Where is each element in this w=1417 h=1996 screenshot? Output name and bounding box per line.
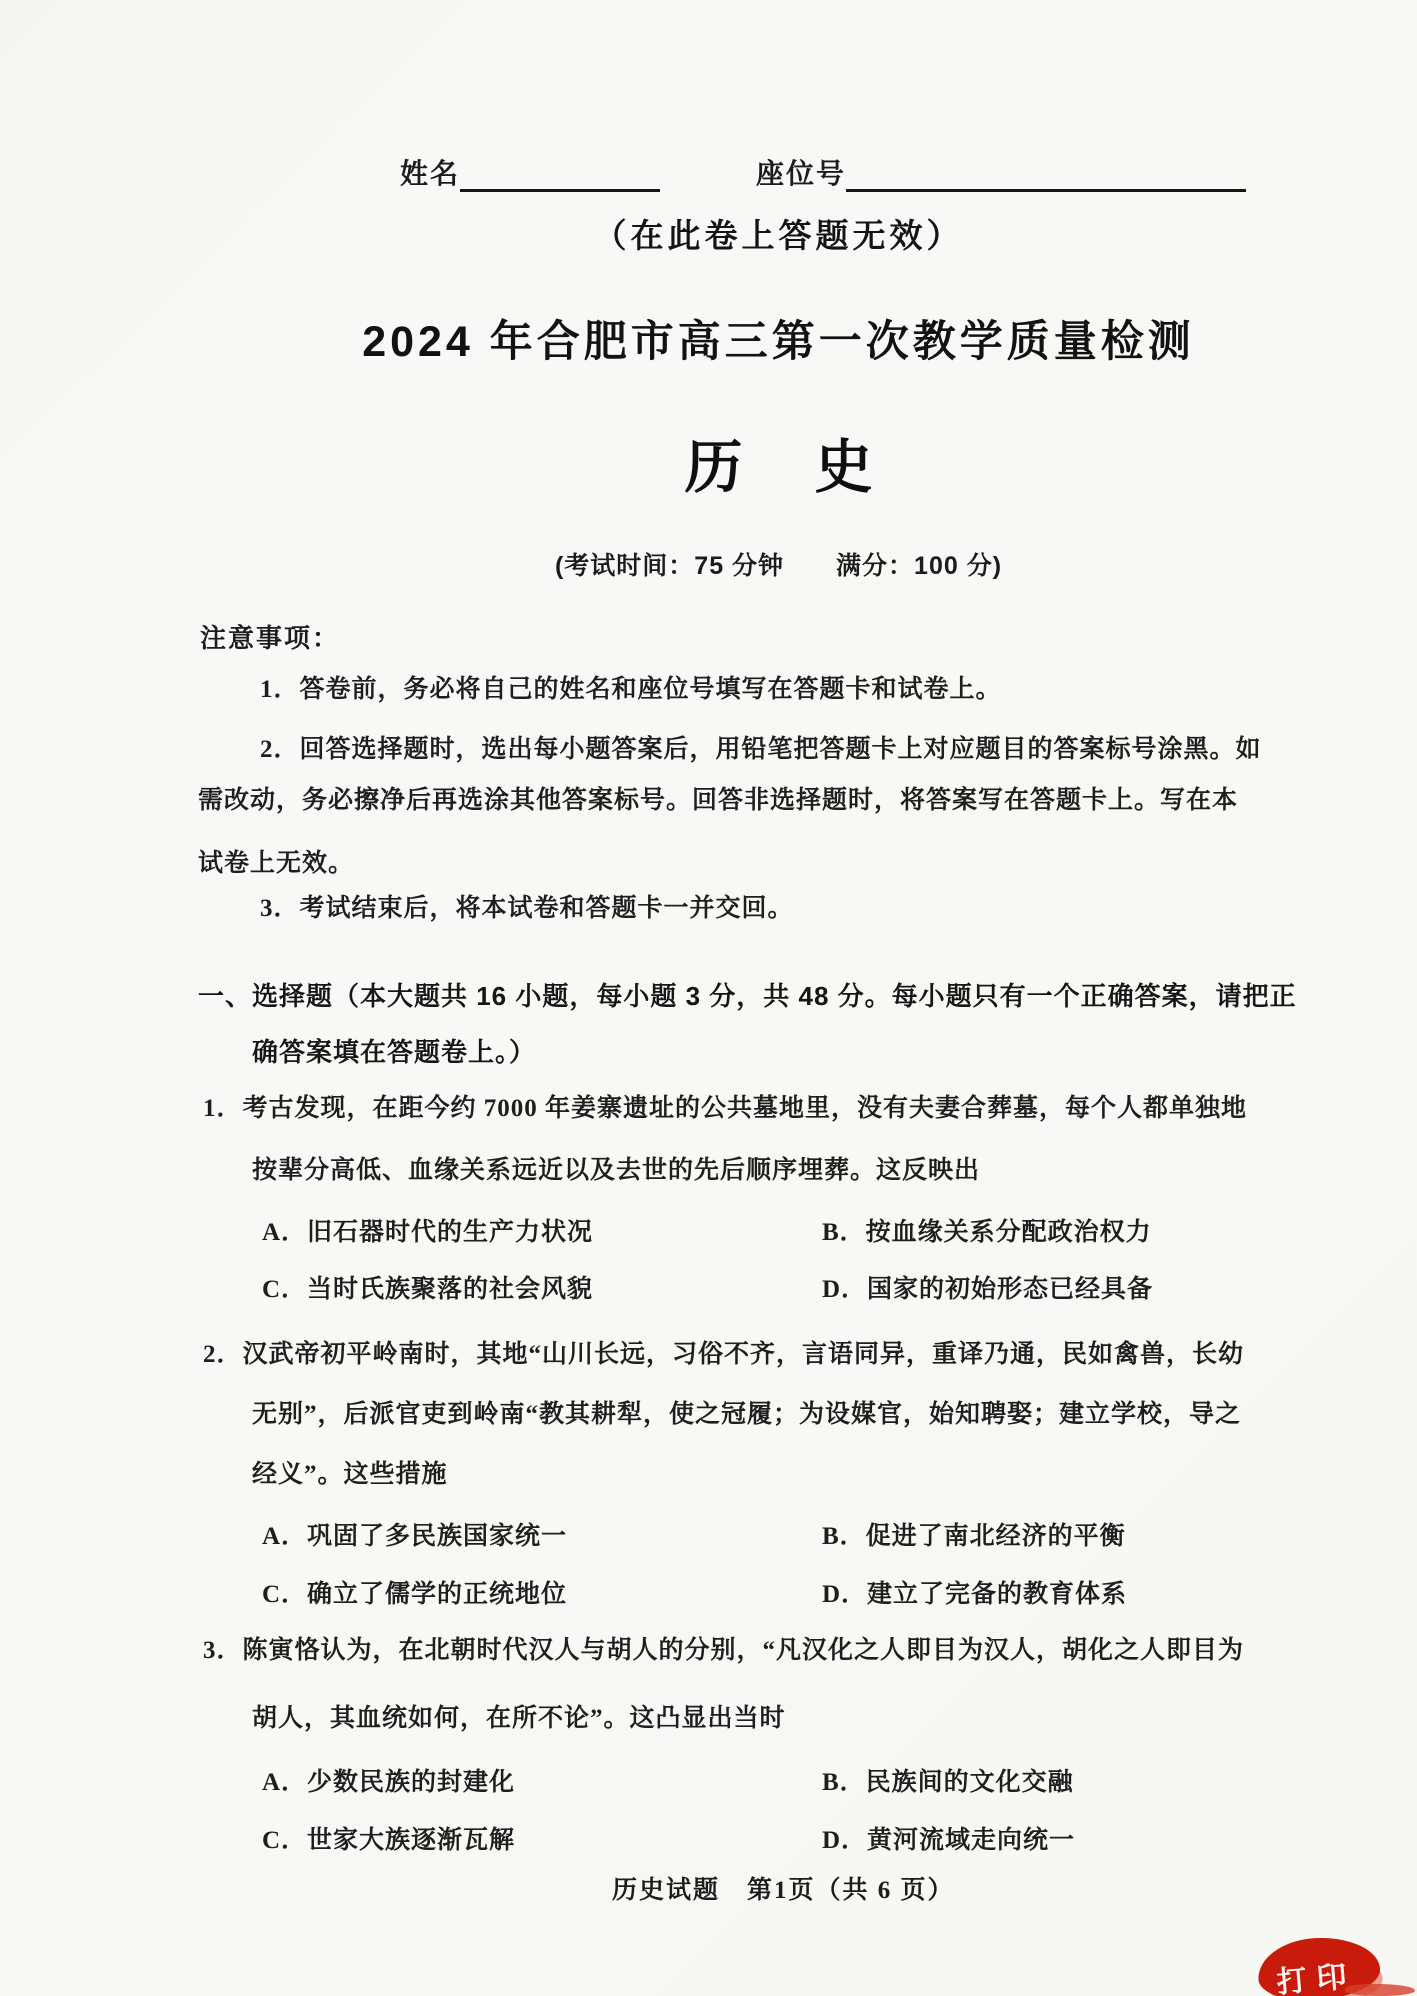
question-1-stem-line-2: 按辈分高低、血缘关系远近以及去世的先后顺序埋葬。这反映出: [252, 1150, 980, 1186]
subject-char-2: 史: [815, 435, 873, 500]
question-3-option-d: D．黄河流域走向统一: [822, 1820, 1075, 1856]
exam-info: (考试时间：75 分钟 满分：100 分): [140, 546, 1417, 582]
subject-char-1: 历: [684, 435, 742, 500]
note-item-3: 3．考试结束后，将本试卷和答题卡一并交回。: [260, 888, 794, 924]
section-heading-line-2: 确答案填在答题卷上。）: [252, 1032, 536, 1069]
name-field-row: 姓名: [400, 152, 660, 192]
print-stamp-streak: [1345, 1984, 1415, 1996]
question-2-stem-line-3: 经义”。这些措施: [252, 1454, 448, 1490]
question-1-option-d: D．国家的初始形态已经具备: [822, 1269, 1153, 1305]
question-2-stem-line-2: 无别”，后派官吏到岭南“教其耕犁，使之冠履；为设媒官，始知聘娶；建立学校，导之: [252, 1394, 1241, 1430]
seat-label: 座位号: [756, 158, 846, 189]
question-2-stem-line-1: 2．汉武帝初平岭南时，其地“山川长远，习俗不齐，言语同异，重译乃通，民如禽兽，长…: [203, 1334, 1244, 1370]
exam-paper-page: 姓名 座位号 （在此卷上答题无效） 2024 年合肥市高三第一次教学质量检测 历…: [0, 0, 1417, 1996]
section-heading-line-1: 一、选择题（本大题共 16 小题，每小题 3 分，共 48 分。每小题只有一个正…: [198, 976, 1297, 1013]
note-item-2-line-1: 2．回答选择题时，选出每小题答案后，用铅笔把答题卡上对应题目的答案标号涂黑。如: [260, 729, 1262, 765]
name-blank-line: [460, 157, 660, 192]
question-3-stem-line-2: 胡人，其血统如何，在所不论”。这凸显出当时: [252, 1698, 786, 1734]
note-item-2-line-2: 需改动，务必擦净后再选涂其他答案标号。回答非选择题时，将答案写在答题卡上。写在本: [198, 780, 1238, 816]
question-2-option-c: C．确立了儒学的正统地位: [262, 1574, 567, 1610]
note-item-1: 1．答卷前，务必将自己的姓名和座位号填写在答题卡和试卷上。: [260, 669, 1002, 705]
question-2-option-b: B．促进了南北经济的平衡: [822, 1516, 1126, 1552]
page-footer: 历史试题 第1页（共 6 页）: [612, 1870, 955, 1906]
question-2-option-a: A．巩固了多民族国家统一: [262, 1516, 567, 1552]
subject-title: 历史: [140, 420, 1417, 504]
exam-title: 2024 年合肥市高三第一次教学质量检测: [140, 308, 1417, 369]
question-2-option-d: D．建立了完备的教育体系: [822, 1574, 1127, 1610]
note-item-2-line-3: 试卷上无效。: [198, 843, 354, 879]
question-1-option-b: B．按血缘关系分配政治权力: [822, 1212, 1152, 1248]
question-3-option-c: C．世家大族逐渐瓦解: [262, 1820, 515, 1856]
question-3-option-b: B．民族间的文化交融: [822, 1762, 1074, 1798]
question-3-stem-line-1: 3．陈寅恪认为，在北朝时代汉人与胡人的分别，“凡汉化之人即目为汉人，胡化之人即目…: [203, 1630, 1244, 1666]
question-3-option-a: A．少数民族的封建化: [262, 1762, 515, 1798]
seat-field-row: 座位号: [756, 152, 1246, 192]
seat-blank-line: [846, 157, 1246, 192]
invalid-notice: （在此卷上答题无效）: [140, 210, 1417, 257]
notes-heading: 注意事项：: [200, 618, 340, 655]
name-label: 姓名: [400, 158, 460, 189]
question-1-option-a: A．旧石器时代的生产力状况: [262, 1212, 593, 1248]
question-1-option-c: C．当时氏族聚落的社会风貌: [262, 1269, 593, 1305]
question-1-stem-line-1: 1．考古发现，在距今约 7000 年姜寨遗址的公共墓地里，没有夫妻合葬墓，每个人…: [203, 1088, 1247, 1124]
